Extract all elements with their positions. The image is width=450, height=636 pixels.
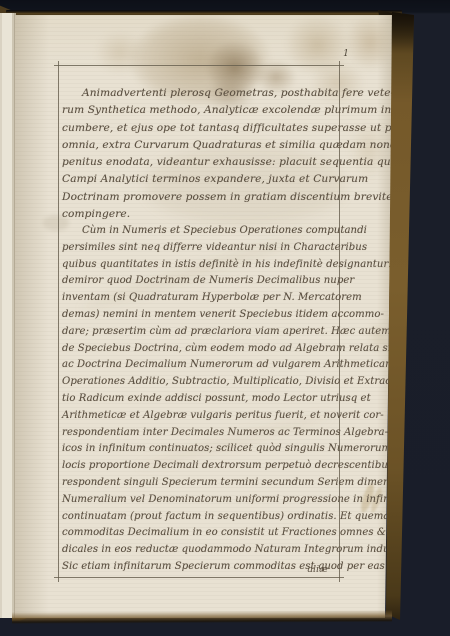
manuscript-page: 1 Animadvertenti plerosq Geometras, post…	[15, 15, 393, 618]
text-line: Campi Analytici terminos expandere, juxt…	[62, 171, 342, 188]
book-bottom-edge	[12, 610, 392, 624]
text-line: commoditas Decimalium in eo consistit ut…	[62, 525, 342, 542]
text-line: Numeralium vel Denominatorum uniformi pr…	[62, 492, 342, 509]
stain-mark	[345, 15, 395, 70]
text-line: locis proportione Decimali dextrorsum pe…	[62, 458, 342, 475]
text-line: penitus enodata, videantur exhausisse: p…	[62, 154, 342, 171]
text-line: omnia, extra Curvarum Quadraturas et sim…	[62, 137, 342, 154]
text-line: compingere.	[62, 206, 342, 223]
text-line: quibus quantitates in istis definitè in …	[62, 257, 342, 274]
text-line: respondentiam inter Decimales Numeros ac…	[62, 425, 342, 442]
text-line: icos in infinitum continuatos; scilicet …	[62, 441, 342, 458]
catchword: aliæ	[62, 564, 340, 575]
book-photograph: 1 Animadvertenti plerosq Geometras, post…	[0, 0, 450, 636]
text-line: Operationes Additio, Subtractio, Multipl…	[62, 374, 342, 391]
text-line: Doctrinam promovere possem in gratiam di…	[62, 189, 342, 206]
text-line: demas) nemini in mentem venerit Speciebu…	[62, 307, 342, 324]
text-line: dare; præsertim cùm ad præclariora viam …	[62, 324, 342, 341]
text-line: Cùm in Numeris et Speciebus Operationes …	[62, 223, 342, 240]
text-line: cumbere, et ejus ope tot tantasq difficu…	[62, 120, 342, 137]
text-line: demiror quod Doctrinam de Numeris Decima…	[62, 273, 342, 290]
text-line: tio Radicum exinde addisci possunt, modo…	[62, 391, 342, 408]
page-number: 1	[339, 49, 353, 59]
text-line: respondent singuli Specierum termini sec…	[62, 475, 342, 492]
text-line: Arithmeticæ et Algebræ vulgaris peritus …	[62, 408, 342, 425]
text-line: rum Synthetica methodo, Analyticæ excole…	[62, 102, 342, 119]
text-line: continuatam (prout factum in sequentibus…	[62, 509, 342, 526]
text-line: persimiles sint neq differre videantur n…	[62, 240, 342, 257]
paragraph-1: Animadvertenti plerosq Geometras, postha…	[62, 85, 342, 223]
text-line: de Speciebus Doctrina, cùm eodem modo ad…	[62, 341, 342, 358]
page-edges-left-gutter	[0, 13, 16, 618]
text-line: ac Doctrina Decimalium Numerorum ad vulg…	[62, 357, 342, 374]
paragraph-2: Cùm in Numeris et Speciebus Operationes …	[62, 223, 342, 576]
text-line: inventam (si Quadraturam Hyperbolæ per N…	[62, 290, 342, 307]
text-line: Animadvertenti plerosq Geometras, postha…	[62, 85, 342, 102]
text-line: dicales in eos reductæ quodammodo Natura…	[62, 542, 342, 559]
